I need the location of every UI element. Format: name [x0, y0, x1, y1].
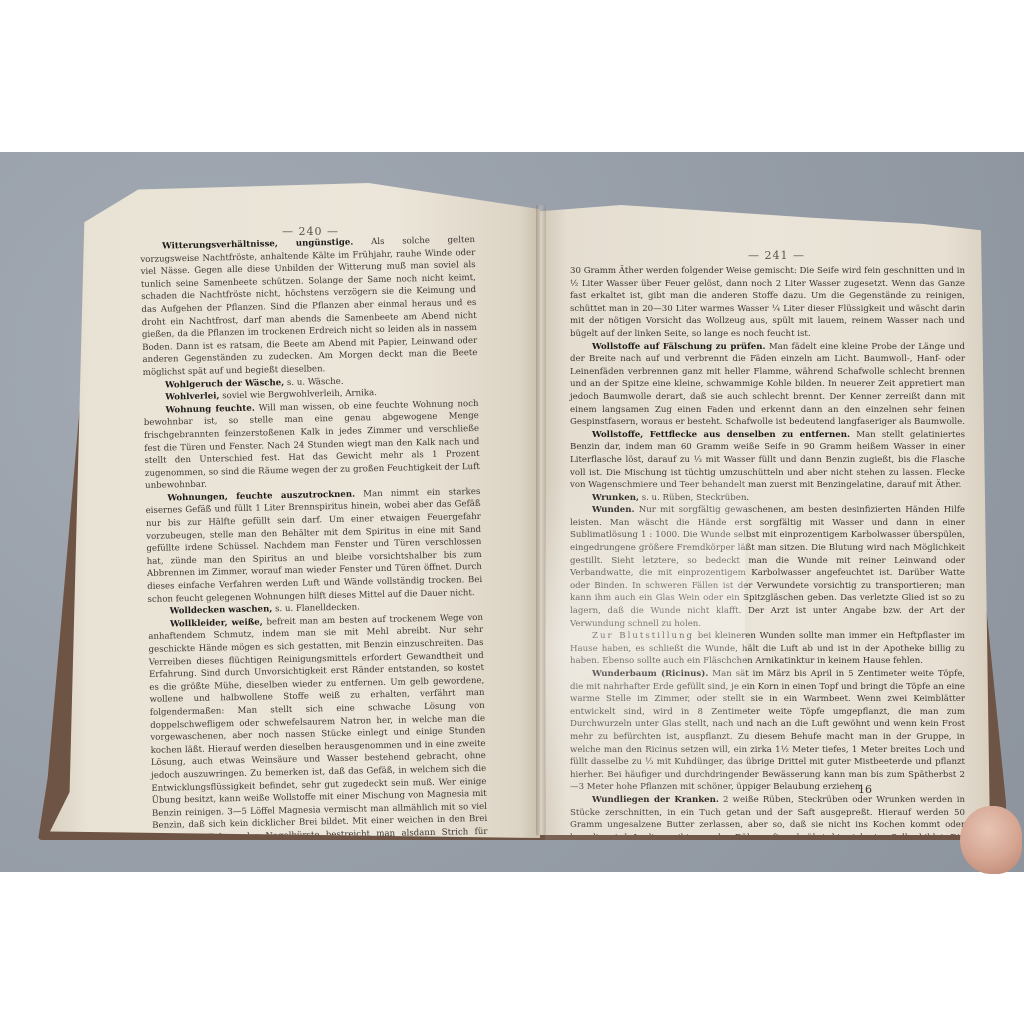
entry-text: Man nimmt ein starkes eisernes Gefäß und… [146, 487, 483, 605]
page-number-241: — 241 — [748, 249, 805, 262]
tape-glare [545, 480, 745, 840]
entry-text: soviel wie Bergwohlverleih, Arnika. [222, 388, 377, 401]
entry-term: Wollstoffe auf Fälschung zu prüfen. [592, 342, 766, 352]
entry-text: Als solche gelten vorzugsweise Nachtfrös… [140, 235, 477, 378]
entry-term: Witterungsverhältnisse, ungünstige. [162, 238, 353, 252]
finger [960, 806, 1022, 874]
entry: Wollstoffe auf Fälschung zu prüfen. Man … [570, 341, 965, 429]
entry-term: Wollkleider, weiße, [170, 617, 263, 629]
continuation-text: 30 Gramm Äther werden folgender Weise ge… [570, 265, 965, 341]
entry: Witterungsverhältnisse, ungünstige. Als … [140, 234, 478, 380]
entry-text: s. u. Flanelldecken. [275, 603, 360, 615]
entry-text: Man fädelt eine kleine Probe der Länge u… [570, 342, 965, 428]
entry-term: Wolldecken waschen, [170, 605, 273, 617]
entry: Wohnung feuchte. Will man wissen, ob ein… [143, 398, 480, 493]
entry-term: Wohlgeruch der Wäsche, [165, 378, 284, 390]
left-page-text: Witterungsverhältnisse, ungünstige. Als … [140, 234, 491, 838]
entry-text: befreit man am besten auf trockenem Wege… [148, 613, 489, 838]
entry-term: Wohlverlei, [165, 391, 219, 402]
entry: Wollkleider, weiße, befreit man am beste… [148, 612, 490, 838]
entry: Wohnungen, feuchte auszutrocknen. Man ni… [145, 486, 482, 606]
signature-mark: 16 [858, 783, 872, 796]
left-page: — 240 — Witterungsverhältnisse, ungünsti… [50, 183, 540, 838]
entry-term: Wollstoffe, Fettflecke aus denselben zu … [592, 430, 850, 440]
entry-text: s. u. Wäsche. [287, 376, 344, 387]
entry-term: Wohnung feuchte. [165, 403, 254, 415]
